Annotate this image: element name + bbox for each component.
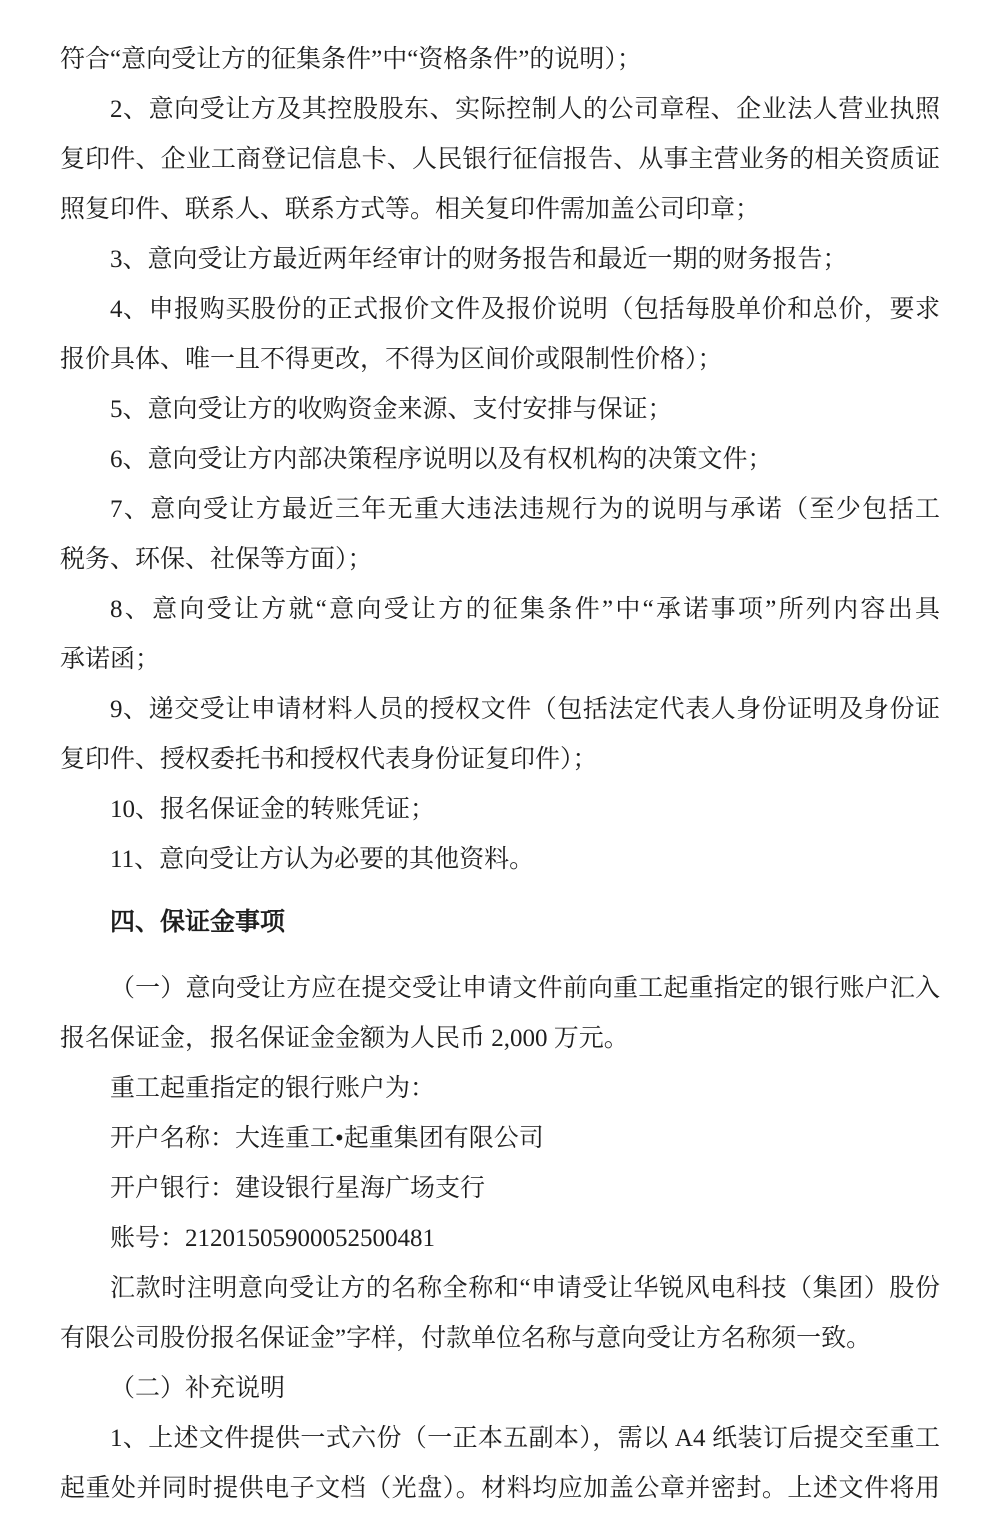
text-line: 1、上述文件提供一式六份（一正本五副本），需以 A4 纸装订后提交至重工 [60, 1414, 940, 1464]
section-heading: 四、保证金事项 [60, 898, 940, 948]
document-body: 符合“意向受让方的征集条件”中“资格条件”的说明）；2、意向受让方及其控股股东、… [0, 0, 1000, 1514]
text-line: 有限公司股份报名保证金”字样，付款单位名称与意向受让方名称须一致。 [60, 1314, 940, 1364]
text-line: 汇款时注明意向受让方的名称全称和“申请受让华锐风电科技（集团）股份 [60, 1264, 940, 1314]
text-line: 8、意向受让方就“意向受让方的征集条件”中“承诺事项”所列内容出具 [60, 585, 940, 635]
text-line: 税务、环保、社保等方面）； [60, 535, 940, 585]
text-line: （一）意向受让方应在提交受让申请文件前向重工起重指定的银行账户汇入 [60, 964, 940, 1014]
text-line: 报价具体、唯一且不得更改，不得为区间价或限制性价格）； [60, 335, 940, 385]
text-line: 5、意向受让方的收购资金来源、支付安排与保证； [60, 385, 940, 435]
text-line: 复印件、企业工商登记信息卡、人民银行征信报告、从事主营业务的相关资质证 [60, 135, 940, 185]
text-line: 符合“意向受让方的征集条件”中“资格条件”的说明）； [60, 35, 940, 85]
text-line: 承诺函； [60, 635, 940, 685]
text-line: 照复印件、联系人、联系方式等。相关复印件需加盖公司印章； [60, 185, 940, 235]
text-line: 11、意向受让方认为必要的其他资料。 [60, 835, 940, 885]
text-line: 报名保证金，报名保证金金额为人民币 2,000 万元。 [60, 1014, 940, 1064]
text-line: 6、意向受让方内部决策程序说明以及有权机构的决策文件； [60, 435, 940, 485]
document-page: 符合“意向受让方的征集条件”中“资格条件”的说明）；2、意向受让方及其控股股东、… [0, 0, 1000, 1532]
text-line: 4、申报购买股份的正式报价文件及报价说明（包括每股单价和总价，要求 [60, 285, 940, 335]
text-line: 2、意向受让方及其控股股东、实际控制人的公司章程、企业法人营业执照 [60, 85, 940, 135]
text-line: 复印件、授权委托书和授权代表身份证复印件）； [60, 735, 940, 785]
text-line: 9、递交受让申请材料人员的授权文件（包括法定代表人身份证明及身份证 [60, 685, 940, 735]
text-line: 账号：21201505900052500481 [60, 1214, 940, 1264]
text-line: 重工起重指定的银行账户为： [60, 1064, 940, 1114]
text-line: 7、意向受让方最近三年无重大违法违规行为的说明与承诺（至少包括工商、 [60, 485, 940, 535]
text-line: 开户银行：建设银行星海广场支行 [60, 1164, 940, 1214]
text-line: 开户名称：大连重工•起重集团有限公司 [60, 1114, 940, 1164]
text-line: 起重处并同时提供电子文档（光盘）。材料均应加盖公章并密封。上述文件将用 [60, 1464, 940, 1514]
text-line: （二）补充说明 [60, 1364, 940, 1414]
text-line: 3、意向受让方最近两年经审计的财务报告和最近一期的财务报告； [60, 235, 940, 285]
text-line: 10、报名保证金的转账凭证； [60, 785, 940, 835]
